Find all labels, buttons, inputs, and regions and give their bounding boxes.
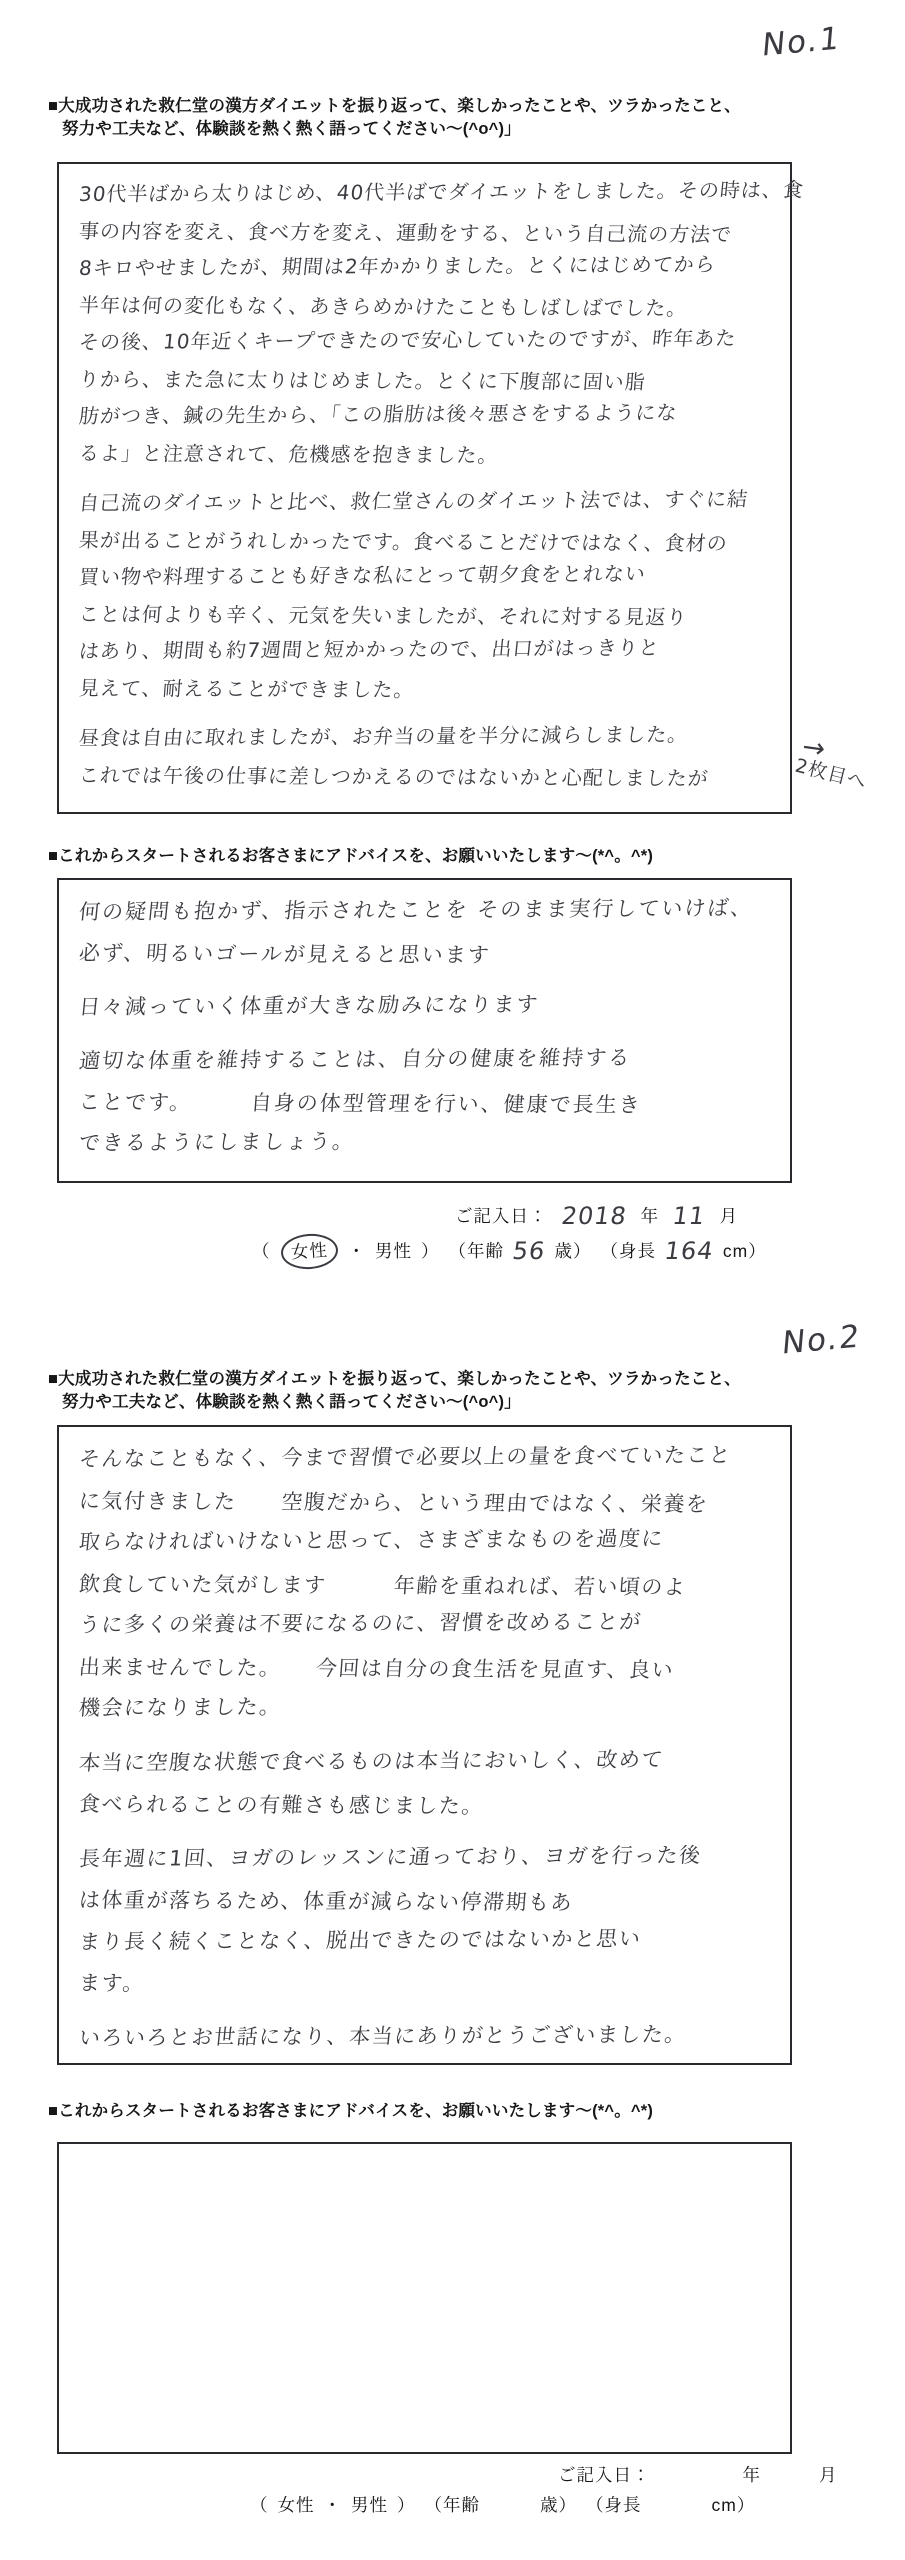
gender-age-height-row-form1: （ 女性 ・ 男性 ） （年齢 56 歳） （身長 164 cm）: [252, 1234, 767, 1269]
handwritten-line: 日々減っていく体重が大きな励みになります: [77, 983, 776, 1028]
age-unit: 歳）: [540, 2492, 577, 2517]
question-1-heading-form1: ■大成功された救仁堂の漢方ダイエットを振り返って、楽しかったことや、ツラかったこ…: [48, 95, 878, 142]
gender-age-height-row-form2: （ 女性 ・ 男性 ） （年齢 歳） （身長 cm）: [250, 2492, 755, 2517]
gender-separator-dot: ・: [348, 1238, 367, 1263]
handwritten-line: 取らなければいけないと思って、さまざまなものを過度に: [77, 1518, 777, 1564]
month-unit: 月: [720, 1203, 739, 1228]
height-label: （身長: [601, 1238, 657, 1263]
gender-female: 女性: [278, 2492, 315, 2517]
question-2-text: ■これからスタートされるお客さまにアドバイスを、お願いいたします～(*^。^*): [48, 2100, 878, 2123]
paren-open: （: [252, 1238, 271, 1263]
answer-box-experience-form1: 30代半ばから太りはじめ、40代半ばでダイエットをしました。その時は、食事の内容…: [57, 162, 792, 814]
handwritten-line: 30代半ばから太りはじめ、40代半ばでダイエットをしました。その時は、食: [77, 172, 776, 213]
age-unit: 歳）: [555, 1238, 592, 1263]
handwritten-line: できるようにしましょう。: [77, 1119, 776, 1164]
question-2-text: ■これからスタートされるお客さまにアドバイスを、お願いいたします～(*^。^*): [48, 845, 878, 868]
question-2-heading-form1: ■これからスタートされるお客さまにアドバイスを、お願いいたします～(*^。^*): [48, 845, 878, 868]
height-unit: cm）: [712, 2492, 756, 2517]
handwritten-line: いろいろとお世話になり、本当にありがとうございました。: [77, 2013, 777, 2059]
answer-box-advice-form2-empty: [57, 2142, 792, 2454]
handwritten-line: まり長く続くことなく、脱出できたのではないかと思い: [77, 1917, 777, 1963]
month-unit: 月: [819, 2462, 838, 2487]
date-month-value: 11: [671, 1202, 707, 1230]
handwritten-line: うに多くの栄養は不要になるのに、習慣を改めることが: [77, 1601, 777, 1647]
handwritten-line: 適切な体重を維持することは、自分の健康を維持する: [77, 1037, 776, 1082]
date-row-form2: ご記入日： 年 月: [558, 2462, 838, 2487]
answer-box-advice-form1: 何の疑問も抱かず、指示されたことを そのまま実行していけば、必ず、明るいゴールが…: [57, 878, 792, 1183]
date-year-value: 2018: [559, 1202, 628, 1230]
height-value: 164: [663, 1237, 716, 1265]
handwritten-line: 必ず、明るいゴールが見えると思います: [77, 933, 775, 978]
handwritten-line: 食べられることの有難さも感じました。: [77, 1784, 775, 1829]
handwritten-line: 昼食は自由に取れましたが、お弁当の量を半分に減らしました。: [77, 716, 776, 757]
year-unit: 年: [641, 1203, 660, 1228]
handwritten-paragraph: 自己流のダイエットと比べ、救仁堂さんのダイエット法では、すぐに結果が出ることがう…: [79, 485, 774, 707]
handwritten-line: そんなこともなく、今まで習慣で必要以上の量を食べていたこと: [77, 1435, 777, 1481]
year-unit: 年: [743, 2462, 762, 2487]
height-unit: cm）: [723, 1238, 767, 1263]
scanned-questionnaire-page: No.1 ■大成功された救仁堂の漢方ダイエットを振り返って、楽しかったことや、ツ…: [0, 0, 905, 2560]
page-number-1: No.1: [761, 20, 843, 63]
handwritten-paragraph: 適切な体重を維持することは、自分の健康を維持することです。 自身の体型管理を行い…: [79, 1041, 774, 1164]
handwritten-paragraph: 30代半ばから太りはじめ、40代半ばでダイエットをしました。その時は、食事の内容…: [79, 176, 774, 472]
date-label: ご記入日：: [455, 1203, 548, 1228]
question-2-heading-form2: ■これからスタートされるお客さまにアドバイスを、お願いいたします～(*^。^*): [48, 2100, 878, 2123]
handwritten-paragraph: 長年週に1回、ヨガのレッスンに通っており、ヨガを行った後は体重が落ちるため、体重…: [79, 1839, 774, 2005]
page-number-2: No.2: [781, 1318, 863, 1361]
handwritten-line: 長年週に1回、ヨガのレッスンに通っており、ヨガを行った後: [77, 1834, 777, 1880]
age-value: 56: [511, 1237, 547, 1265]
question-1-line1: ■大成功された救仁堂の漢方ダイエットを振り返って、楽しかったことや、ツラかったこ…: [48, 95, 878, 118]
question-1-line2: 努力や工夫など、体験談を熱く熱く語ってください～(^o^)」: [48, 1391, 878, 1414]
handwritten-paragraph: いろいろとお世話になり、本当にありがとうございました。: [79, 2018, 774, 2060]
handwritten-line: 機会になりました。: [77, 1684, 777, 1730]
handwritten-line: その後、10年近くキープできたので安心していたのですが、昨年あた: [77, 320, 776, 361]
handwritten-line: るよ」と注意されて、危機感を抱きました。: [78, 435, 776, 476]
handwritten-line: 自己流のダイエットと比べ、救仁堂さんのダイエット法では、すぐに結: [77, 481, 776, 522]
handwritten-line: ます。: [77, 1963, 775, 2008]
paren-close: ）: [397, 2492, 416, 2517]
paren-close: ）: [421, 1238, 440, 1263]
handwritten-paragraph: 本当に空腹な状態で食べるものは本当においしく、改めて食べられることの有難さも感じ…: [79, 1743, 774, 1826]
handwritten-line: これでは午後の仕事に差しつかえるのではないかと心配しましたが: [78, 757, 776, 798]
handwritten-line: はあり、期間も約7週間と短かかったので、出口がはっきりと: [77, 629, 776, 670]
paren-open: （: [250, 2492, 269, 2517]
handwritten-paragraph: 何の疑問も抱かず、指示されたことを そのまま実行していけば、必ず、明るいゴールが…: [79, 892, 774, 974]
height-label: （身長: [586, 2492, 642, 2517]
question-1-line1: ■大成功された救仁堂の漢方ダイエットを振り返って、楽しかったことや、ツラかったこ…: [48, 1368, 878, 1391]
handwritten-line: 本当に空腹な状態で食べるものは本当においしく、改めて: [77, 1738, 777, 1784]
handwritten-line: 8キロやせましたが、期間は2年かかりました。とくにはじめてから: [77, 246, 776, 287]
question-1-line2: 努力や工夫など、体験談を熱く熱く語ってください～(^o^)」: [48, 118, 878, 141]
gender-female-circled: 女性: [279, 1232, 338, 1271]
handwritten-line: 何の疑問も抱かず、指示されたことを そのまま実行していけば、: [77, 888, 776, 933]
answer-box-experience-form2: そんなこともなく、今まで習慣で必要以上の量を食べていたことに気付きました 空腹だ…: [57, 1425, 792, 2065]
handwritten-paragraph: 昼食は自由に取れましたが、お弁当の量を半分に減らしました。これでは午後の仕事に差…: [79, 720, 774, 794]
handwritten-line: 見えて、耐えることができました。: [78, 670, 776, 711]
margin-note-next-page: → 2枚目へ: [792, 727, 905, 805]
handwritten-paragraph: そんなこともなく、今まで習慣で必要以上の量を食べていたことに気付きました 空腹だ…: [79, 1439, 774, 1730]
gender-male: 男性: [375, 1238, 412, 1263]
question-1-heading-form2: ■大成功された救仁堂の漢方ダイエットを振り返って、楽しかったことや、ツラかったこ…: [48, 1368, 878, 1415]
age-label: （年齢: [449, 1238, 505, 1263]
date-label: ご記入日：: [558, 2462, 651, 2487]
handwritten-line: 買い物や料理することも好きな私にとって朝夕食をとれない: [77, 555, 776, 596]
handwritten-line: 肪がつき、鍼の先生から、「この脂肪は後々悪さをするようにな: [77, 394, 776, 435]
handwritten-paragraph: 日々減っていく体重が大きな励みになります: [79, 987, 774, 1028]
gender-male: 男性: [351, 2492, 388, 2517]
gender-separator-dot: ・: [324, 2492, 343, 2517]
date-row-form1: ご記入日： 2018 年 11 月: [455, 1200, 738, 1228]
age-label: （年齢: [425, 2492, 481, 2517]
